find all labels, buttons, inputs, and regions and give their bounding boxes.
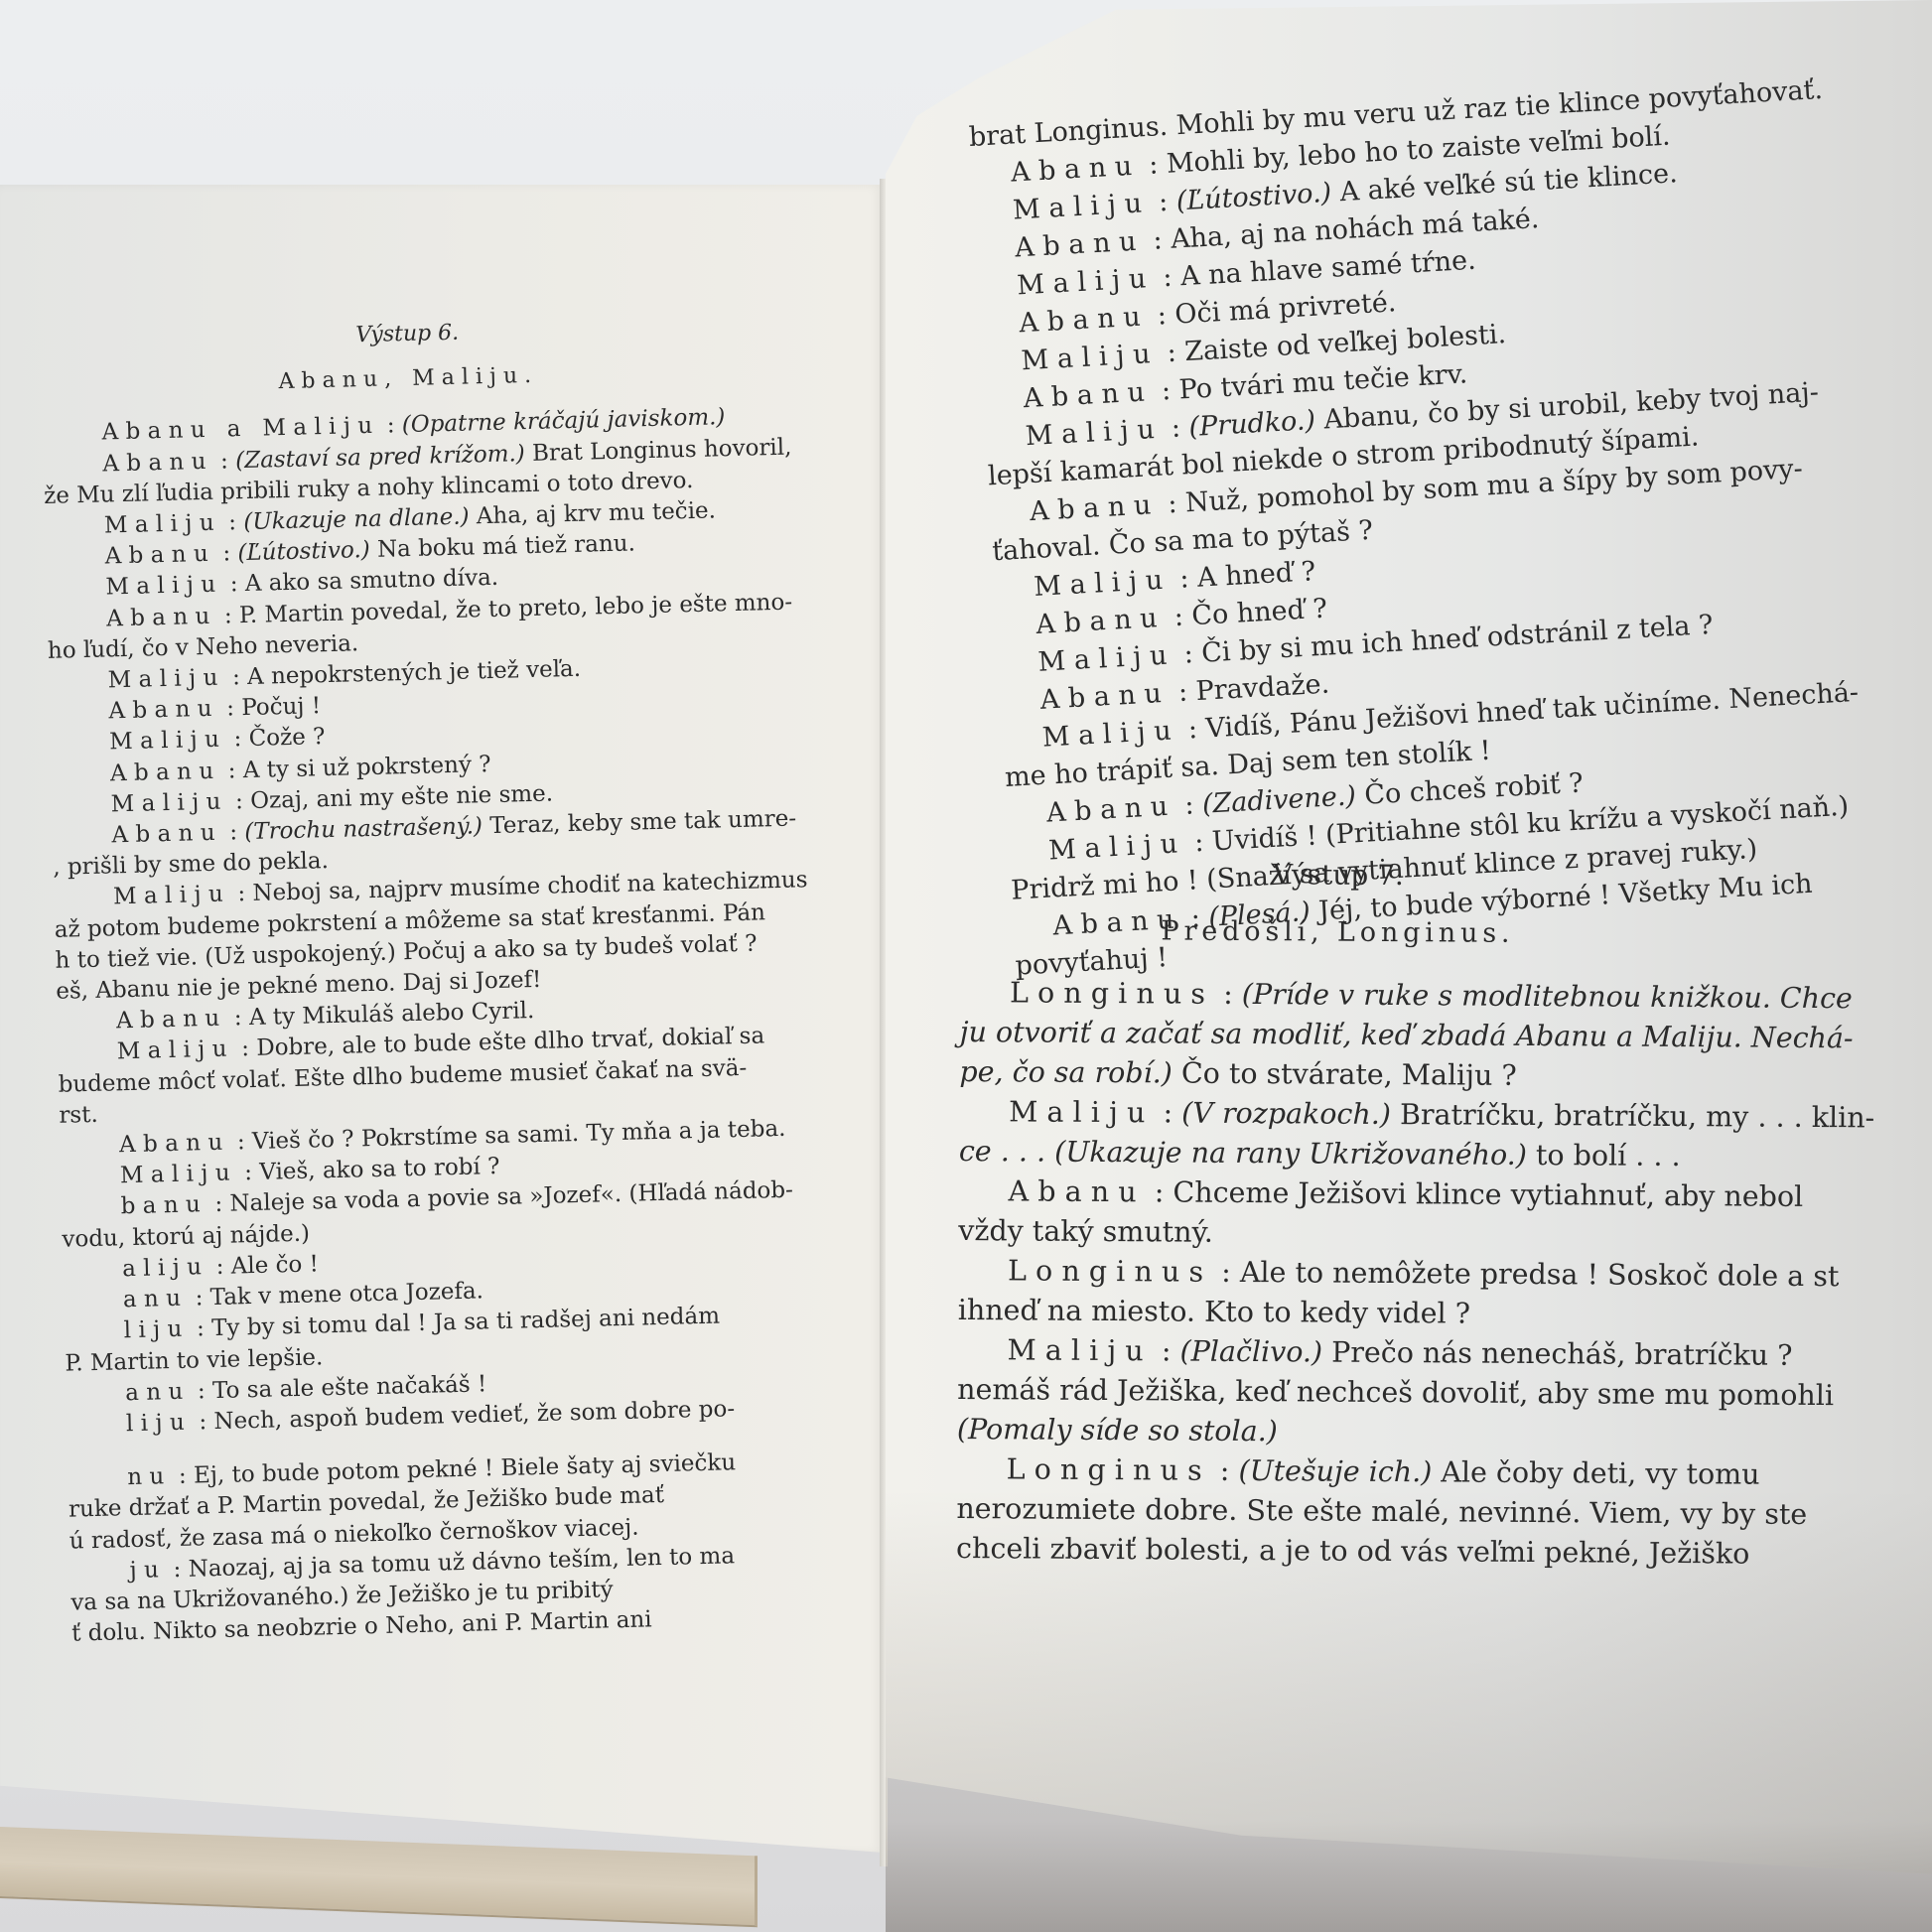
stage-direction: (Prudko.) — [1188, 405, 1316, 443]
speaker-colon: : — [234, 1035, 257, 1062]
line-text: nerozumiete dobre. Ste ešte malé, nevinn… — [956, 1492, 1807, 1531]
speaker-name: Abanu — [108, 696, 219, 725]
line-text: Pravdaže. — [1195, 669, 1330, 707]
speaker-name: Maliju — [107, 665, 225, 694]
line-text: A nepokrstených je tiež veľa. — [247, 656, 582, 690]
speaker-colon: : — [227, 788, 250, 815]
speaker-name: Longinus — [1008, 1254, 1212, 1288]
speaker-name: Abanu — [102, 448, 213, 477]
line-text: vodu, ktorú aj nájde.) — [62, 1220, 310, 1252]
dialogue-line: ce . . . (Ukazuje na rany Ukrižovaného.)… — [959, 1132, 1932, 1178]
speaker-colon: : — [1148, 300, 1175, 332]
speaker-name: Maliju — [1012, 188, 1151, 226]
line-text: Aha, aj krv mu tečie. — [469, 497, 716, 529]
speaker-colon: : — [189, 1315, 211, 1342]
speaker-name: Maliju — [113, 882, 231, 910]
speaker-name: aliju — [122, 1254, 209, 1282]
speaker-name: ju — [129, 1557, 166, 1584]
line-text: A ty si už pokrstený ? — [242, 752, 490, 783]
speaker-colon: : — [215, 540, 238, 567]
speaker-name: Maliju — [1017, 263, 1156, 302]
speaker-colon: : — [221, 509, 244, 536]
speaker-name: Maliju — [1025, 414, 1164, 453]
speaker-name: Abanu — [110, 758, 221, 786]
speaker-colon: : — [226, 726, 249, 753]
speaker-colon: : — [1150, 186, 1177, 217]
line-text: Ale to nemôžete predsa ! Soskoč dole a s… — [1240, 1256, 1840, 1293]
speaker-colon: : — [1162, 412, 1189, 444]
stage-direction: (Utešuje ich.) — [1238, 1454, 1432, 1488]
speaker-name: Abanu — [111, 820, 222, 849]
speaker-colon: : — [220, 758, 243, 784]
speaker-colon: : — [216, 603, 239, 629]
speaker-name: banu — [120, 1192, 207, 1220]
speaker-name: Maliju — [1009, 1095, 1155, 1129]
speaker-name: Maliju — [110, 788, 228, 817]
speaker-colon: : — [1158, 337, 1185, 368]
speaker-colon: : — [229, 1129, 252, 1156]
speaker-name: Maliju — [1037, 639, 1176, 678]
speaker-name: Maliju — [117, 1036, 235, 1065]
speaker-colon: : — [207, 1191, 230, 1218]
speaker-name: liju — [126, 1409, 193, 1437]
speaker-name: Abanu a Maliju — [101, 413, 380, 446]
speaker-name: anu — [125, 1378, 191, 1406]
line-text: Chceme Ježišovi klince vytiahnuť, aby ne… — [1173, 1175, 1803, 1212]
stage-direction: (Plačlivo.) — [1179, 1335, 1322, 1369]
speaker-name: anu — [123, 1286, 189, 1313]
dialogue-line: Maliju : (V rozpakoch.) Bratríčku, bratr… — [959, 1092, 1932, 1139]
line-text: ihneď na miesto. Kto to kedy videl ? — [958, 1294, 1470, 1330]
speaker-colon: : — [1185, 826, 1213, 858]
speaker-name: Abanu — [1029, 489, 1160, 527]
right-dialogue-bottom: Longinus : (Príde v ruke s modlitebnou k… — [956, 973, 1932, 1576]
speaker-name: Longinus — [1010, 976, 1214, 1010]
stage-direction: (Pomaly síde so stola.) — [957, 1413, 1278, 1448]
speaker-name: Longinus — [1007, 1452, 1211, 1486]
speaker-colon: : — [1171, 563, 1198, 595]
dialogue-line: Maliju : (Plačlivo.) Prečo nás nenecháš,… — [957, 1330, 1930, 1377]
dialogue-line: nemáš rád Ježiška, keď nechceš dovoliť, … — [957, 1370, 1930, 1417]
line-text: Prečo nás nenecháš, bratríčku ? — [1322, 1336, 1793, 1372]
line-text: Vieš, ako sa to robí ? — [259, 1154, 500, 1185]
stage-direction: (Ľútostivo.) — [237, 537, 370, 566]
stage-direction: (V rozpakoch.) — [1181, 1097, 1391, 1131]
line-text: chceli zbaviť bolesti, a je to od vás ve… — [956, 1532, 1750, 1571]
line-text: rst. — [59, 1102, 98, 1129]
line-text: A ty Mikuláš alebo Cyril. — [249, 998, 535, 1031]
stage-direction: (Trochu nastrašený.) — [244, 813, 483, 845]
speaker-colon: : — [1154, 261, 1181, 293]
speaker-colon: : — [222, 571, 245, 598]
speaker-colon: : — [1153, 1334, 1180, 1367]
dialogue-line: Longinus : Ale to nemôžete predsa ! Sosk… — [958, 1251, 1931, 1298]
line-text: , prišli by sme do pekla. — [53, 848, 329, 881]
speaker-name: Abanu — [1019, 301, 1150, 339]
dialogue-line: nerozumiete dobre. Ste ešte malé, nevinn… — [956, 1489, 1929, 1536]
speaker-colon: : — [1178, 714, 1206, 746]
speaker-colon: : — [1144, 224, 1172, 256]
speaker-name: Abanu — [1039, 678, 1171, 716]
line-text: Čo to stvárate, Maliju ? — [1173, 1056, 1517, 1091]
speaker-name: Abanu — [116, 1006, 227, 1035]
stage-direction: (Ľútostivo.) — [1175, 178, 1332, 217]
speaker-name: Maliju — [1041, 715, 1180, 754]
line-text: to bolí . . . — [1527, 1139, 1681, 1173]
speaker-colon: : — [1146, 1175, 1173, 1208]
speaker-colon: : — [222, 819, 245, 846]
stage-direction: ju otvoriť a začať sa modliť, keď zbadá … — [960, 1016, 1854, 1054]
speaker-colon: : — [1170, 676, 1197, 708]
speaker-colon: : — [1153, 375, 1180, 407]
speaker-colon: : — [188, 1285, 210, 1311]
dialogue-line: vždy taký smutný. — [958, 1211, 1931, 1258]
right-dialogue-top: brat Longinus. Mohli by mu veru už raz t… — [968, 66, 1932, 985]
line-text: Čo hneď ? — [1191, 594, 1328, 632]
dialogue-line: Longinus : (Príde v ruke s modlitebnou k… — [960, 973, 1932, 1020]
speaker-colon: : — [226, 1005, 249, 1032]
stage-direction: ce . . . (Ukazuje na rany Ukrižovaného.) — [959, 1135, 1527, 1172]
stage-direction: (Príde v ruke s modlitebnou knižkou. Chc… — [1242, 978, 1853, 1015]
line-text: Bratríčku, bratríčku, my . . . klin- — [1391, 1098, 1875, 1134]
stage-direction: (Zadivene.) — [1201, 780, 1357, 820]
line-text: Ozaj, ani my ešte nie sme. — [250, 780, 553, 813]
speaker-name: Abanu — [1035, 603, 1167, 640]
stage-direction: pe, čo sa robí.) — [959, 1055, 1173, 1089]
left-dialogue: Abanu a Maliju : (Opatrne kráčajú javisk… — [42, 400, 866, 1650]
speaker-colon: : — [1154, 1096, 1181, 1129]
line-text: A hneď ? — [1196, 556, 1316, 594]
speaker-name: Abanu — [1009, 1174, 1146, 1208]
speaker-colon: : — [219, 695, 242, 722]
speaker-colon: : — [166, 1556, 189, 1583]
speaker-name: Maliju — [120, 1161, 238, 1189]
stage-direction: (Ukazuje na dlane.) — [243, 504, 470, 536]
speaker-colon: : — [1214, 978, 1242, 1011]
line-text: P. Martin to vie lepšie. — [65, 1344, 323, 1376]
dialogue-line: Abanu : Chceme Ježišovi klince vytiahnuť… — [958, 1172, 1931, 1218]
dialogue-line: ihneď na miesto. Kto to kedy videl ? — [958, 1291, 1931, 1337]
speaker-colon: : — [192, 1409, 214, 1436]
speaker-colon: : — [1212, 1256, 1240, 1289]
speaker-name: Maliju — [104, 510, 222, 539]
line-text: Ale čoby deti, vy tomu — [1432, 1455, 1759, 1490]
speaker-colon: : — [1175, 789, 1203, 821]
line-text: To sa ale ešte načakáš ! — [212, 1371, 487, 1404]
speaker-name: Abanu — [1045, 790, 1176, 828]
line-text: Počuj ! — [241, 693, 321, 721]
speaker-colon: : — [1140, 149, 1168, 181]
dialogue-line: (Pomaly síde so stola.) — [957, 1410, 1930, 1456]
dialogue-line: chceli zbaviť bolesti, a je to od vás ve… — [956, 1529, 1929, 1576]
speaker-name: Abanu — [1023, 376, 1154, 414]
scene-title-7: Výstup 7. — [961, 854, 1716, 897]
speaker-name: liju — [123, 1316, 190, 1344]
speaker-colon: : — [224, 664, 247, 691]
speaker-colon: : — [1159, 487, 1186, 519]
line-text: Na boku má tiež ranu. — [369, 531, 635, 564]
speaker-name: Maliju — [105, 572, 223, 601]
dialogue-line: Longinus : (Utešuje ich.) Ale čoby deti,… — [957, 1449, 1930, 1496]
speaker-colon: : — [213, 448, 236, 475]
speaker-colon: : — [171, 1463, 194, 1490]
line-text: nemáš rád Ježiška, keď nechceš dovoliť, … — [957, 1373, 1834, 1412]
scene-characters-7: Predošlí, Longinus. — [960, 911, 1715, 954]
speaker-name: Maliju — [1034, 564, 1173, 603]
speaker-colon: : — [379, 413, 402, 440]
dialogue-line: ju otvoriť a začať sa modliť, keď zbadá … — [960, 1013, 1932, 1059]
stage-direction: (Zastaví sa pred krížom.) — [235, 441, 525, 474]
speaker-colon: : — [208, 1253, 231, 1280]
speaker-name: nu — [127, 1463, 172, 1490]
line-text: ho ľudí, čo v Neho neveria. — [48, 630, 359, 664]
scene-characters-6: Abanu, Maliju. — [41, 354, 776, 403]
dialogue-line: pe, čo sa robí.) Čo to stvárate, Maliju … — [959, 1052, 1932, 1099]
speaker-name: Maliju — [1007, 1333, 1153, 1367]
speaker-colon: : — [1174, 638, 1202, 670]
line-text: Brat Longinus hovoril, — [524, 434, 791, 467]
speaker-name: Abanu — [1014, 225, 1145, 263]
speaker-colon: : — [190, 1378, 212, 1405]
speaker-name: Abanu — [119, 1130, 230, 1159]
line-text: Čože ? — [248, 725, 325, 753]
line-text: Ale čo ! — [230, 1251, 319, 1279]
speaker-colon: : — [1211, 1454, 1239, 1487]
line-text: Teraz, keby sme tak umre- — [483, 806, 797, 840]
speaker-colon: : — [230, 881, 253, 907]
line-text: vždy taký smutný. — [958, 1214, 1213, 1249]
line-text: A ako sa smutno díva. — [245, 565, 499, 597]
speaker-name: Abanu — [104, 541, 215, 570]
stage-direction: (Opatrne kráčajú javiskom.) — [402, 405, 726, 439]
speaker-name: Abanu — [1010, 150, 1141, 188]
speaker-name: Maliju — [1021, 339, 1160, 377]
line-text: Tak v mene otca Jozefa. — [209, 1278, 483, 1311]
speaker-name: Abanu — [106, 603, 217, 631]
speaker-name: Maliju — [109, 727, 227, 756]
speaker-colon: : — [1165, 601, 1192, 632]
speaker-colon: : — [237, 1160, 260, 1186]
